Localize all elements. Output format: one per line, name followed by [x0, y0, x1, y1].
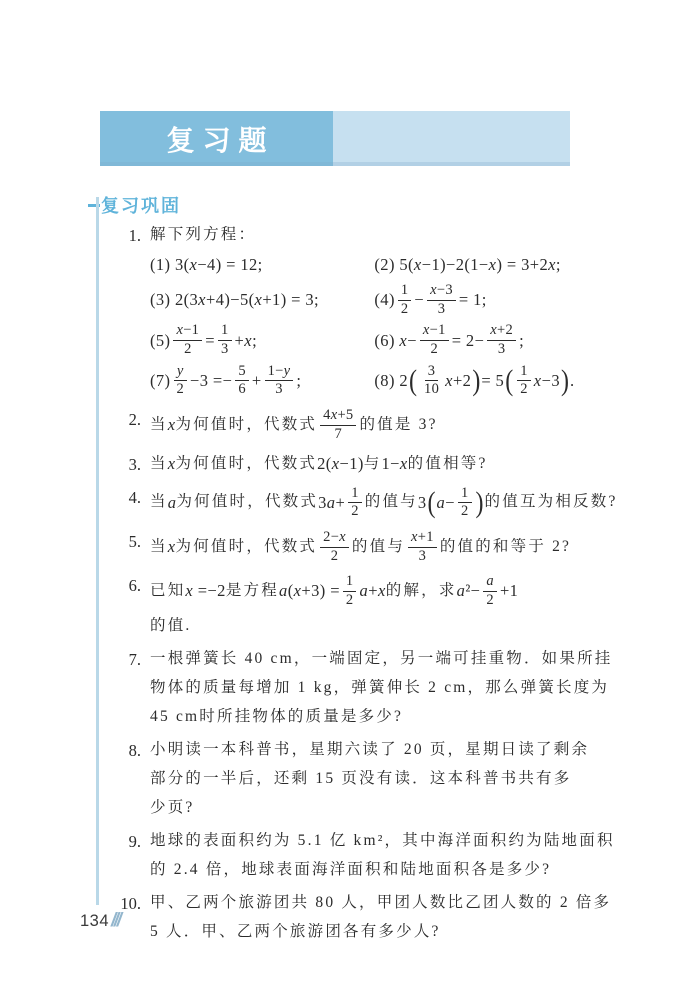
text-run: 部分的一半后，还剩 15 页没有读．这本科普书共有多 [150, 768, 571, 790]
math-run: a [168, 493, 177, 513]
math-run: (1) 3(x−4) = 12; [150, 255, 263, 275]
text-run: 的值与 [365, 491, 418, 513]
text-run: 已知 [150, 580, 185, 602]
problem-item: 7.一根弹簧长 40 cm，一端固定，另一端可挂重物．如果所挂物体的质量每增加 … [114, 645, 608, 732]
problem-line: (8) 2(310x+2) = 5(12x−3). [374, 361, 608, 401]
problem-line: (7) y2−3 =−56+1−y3; [150, 361, 374, 401]
denominator: 2 [348, 503, 362, 521]
text-run: 的值与 [352, 536, 405, 558]
denominator: 2 [428, 341, 442, 359]
fraction: a2 [483, 573, 497, 609]
text-run: 当 [150, 536, 168, 558]
problem-body: 当 a 为何值时，代数式 3a+12 的值与 3(a−12) 的值互为相反数? [150, 483, 608, 523]
problem-body: 当 x 为何值时，代数式 2−x2 的值与x+13 的值的和等于 2? [150, 527, 608, 567]
big-paren: ) [476, 488, 484, 518]
problem-item: 4.当 a 为何值时，代数式 3a+12 的值与 3(a−12) 的值互为相反数… [114, 483, 608, 523]
math-run: a(x+3) = [279, 581, 340, 601]
math-run: = 1; [459, 290, 487, 310]
fraction: 12 [517, 363, 531, 399]
fraction: x+23 [487, 322, 516, 358]
problem-number: 3. [114, 450, 150, 479]
problem-body: 解下列方程：(1) 3(x−4) = 12;(2) 5(x−1)−2(1−x) … [150, 221, 608, 401]
problem-number: 7. [114, 645, 150, 732]
math-run: a+x [359, 581, 385, 601]
textbook-page: 复习题 复习巩固 1.解下列方程：(1) 3(x−4) = 12;(2) 5(x… [0, 0, 700, 983]
text-run: 少页? [150, 797, 194, 819]
big-paren: ) [561, 366, 569, 396]
problem-line: 物体的质量每增加 1 kg，弹簧伸长 2 cm，那么弹簧长度为 [150, 674, 608, 703]
fraction: x−12 [420, 322, 449, 358]
problem-line: (6) x−x−12 = 2−x+23; [374, 320, 608, 360]
text-run: 当 [150, 453, 168, 475]
denominator: 7 [332, 426, 346, 444]
text-run: 为何值时，代数式 [176, 414, 318, 436]
problem-body: 小明读一本科普书，星期六读了 20 页，星期日读了剩余部分的一半后，还剩 15 … [150, 736, 608, 823]
numerator: 1 [458, 485, 472, 504]
math-run: x [168, 415, 176, 435]
numerator: 2−x [320, 529, 349, 548]
numerator: 3 [425, 363, 439, 382]
math-run: (8) 2 [374, 371, 408, 391]
big-paren: ( [409, 366, 417, 396]
fraction: 12 [398, 282, 412, 318]
math-run: 1−x [381, 454, 407, 474]
fraction: y2 [173, 363, 187, 399]
math-run: (4) [374, 290, 394, 310]
problem-body: 地球的表面积约为 5.1 亿 km²，其中海洋面积约为陆地面积的 2.4 倍，地… [150, 827, 608, 885]
text-run: 的值相等? [408, 453, 488, 475]
denominator: 2 [328, 548, 342, 566]
numerator: 1 [398, 282, 412, 301]
problem-item: 6.已知 x =−2 是方程 a(x+3) = 12a+x 的解，求 a²−a2… [114, 571, 608, 640]
fraction: 2−x2 [320, 529, 349, 565]
math-run: (7) [150, 371, 170, 391]
numerator: x−3 [427, 282, 456, 301]
text-run: 的 2.4 倍，地球表面海洋面积和陆地面积各是多少? [150, 859, 551, 881]
problem-line: 地球的表面积约为 5.1 亿 km²，其中海洋面积约为陆地面积 [150, 827, 608, 856]
math-run: ; [296, 371, 301, 391]
problem-number: 9. [114, 827, 150, 885]
math-run: x =−2 [185, 581, 225, 601]
denominator: 3 [416, 548, 430, 566]
text-run: 地球的表面积约为 5.1 亿 km²，其中海洋面积约为陆地面积 [150, 830, 615, 852]
text-run: 的值互为相反数? [485, 491, 618, 513]
problem-item: 9.地球的表面积约为 5.1 亿 km²，其中海洋面积约为陆地面积的 2.4 倍… [114, 827, 608, 885]
fraction: 12 [458, 485, 472, 521]
problem-line: 当 x 为何值时，代数式 2(x−1) 与 1−x 的值相等? [150, 450, 608, 479]
math-run: = [205, 331, 215, 351]
text-run: 5 人．甲、乙两个旅游团各有多少人? [150, 921, 441, 943]
problem-line: 小明读一本科普书，星期六读了 20 页，星期日读了剩余 [150, 736, 608, 765]
fraction: 56 [235, 363, 249, 399]
big-paren: ( [428, 488, 436, 518]
section-heading: 复习巩固 [88, 192, 181, 218]
denominator: 2 [517, 381, 531, 399]
problem-line: 一根弹簧长 40 cm，一端固定，另一端可挂重物．如果所挂 [150, 645, 608, 674]
numerator: 5 [235, 363, 249, 382]
math-run: a²− [457, 581, 481, 601]
problem-line: 当 a 为何值时，代数式 3a+12 的值与 3(a−12) 的值互为相反数? [150, 483, 608, 523]
problem-line: (2) 5(x−1)−2(1−x) = 3+2x; [374, 250, 608, 280]
math-run: ; [519, 331, 524, 351]
math-run: (6) x− [374, 331, 417, 351]
problem-line: 的值. [150, 612, 608, 641]
numerator: x−1 [173, 322, 202, 341]
fraction: 4x+57 [320, 407, 356, 443]
numerator: 1 [517, 363, 531, 382]
text-run: 当 [150, 414, 168, 436]
problem-item: 1.解下列方程：(1) 3(x−4) = 12;(2) 5(x−1)−2(1−x… [114, 221, 608, 401]
problem-line: 当 x 为何值时，代数式 2−x2 的值与x+13 的值的和等于 2? [150, 527, 608, 567]
denominator: 3 [495, 341, 509, 359]
problem-body: 一根弹簧长 40 cm，一端固定，另一端可挂重物．如果所挂物体的质量每增加 1 … [150, 645, 608, 732]
denominator: 2 [181, 341, 195, 359]
fraction: 310 [421, 363, 442, 399]
big-paren: ) [472, 366, 480, 396]
math-run: 2(x−1) [317, 454, 364, 474]
denominator: 2 [343, 592, 357, 610]
banner-light-panel [333, 111, 570, 166]
numerator: x+2 [487, 322, 516, 341]
denominator: 3 [272, 381, 286, 399]
math-run: . [570, 371, 575, 391]
text-run: 45 cm时所挂物体的质量是多少? [150, 706, 403, 728]
denominator: 10 [421, 381, 442, 399]
text-run: 的值的和等于 2? [440, 536, 571, 558]
problem-item: 2.当 x 为何值时，代数式 4x+57 的值是 3? [114, 405, 608, 445]
denominator: 2 [173, 381, 187, 399]
math-run: x [168, 537, 176, 557]
problem-line: (4) 12−x−33 = 1; [374, 280, 608, 320]
math-run: + [252, 371, 262, 391]
problem-line: 已知 x =−2 是方程 a(x+3) = 12a+x 的解，求 a²−a2+1 [150, 571, 608, 611]
problem-number: 10. [114, 889, 150, 947]
numerator: 1 [343, 573, 357, 592]
page-slashes: /// [111, 910, 119, 932]
numerator: x−1 [420, 322, 449, 341]
denominator: 3 [218, 341, 232, 359]
numerator: 1 [348, 485, 362, 504]
math-run: (3) 2(3x+4)−5(x+1) = 3; [150, 290, 319, 310]
text-run: 小明读一本科普书，星期六读了 20 页，星期日读了剩余 [150, 739, 589, 761]
problem-body: 甲、乙两个旅游团共 80 人，甲团人数比乙团人数的 2 倍多5 人．甲、乙两个旅… [150, 889, 608, 947]
denominator: 2 [398, 301, 412, 319]
problem-body: 已知 x =−2 是方程 a(x+3) = 12a+x 的解，求 a²−a2+1… [150, 571, 608, 640]
math-run: a− [437, 493, 455, 513]
math-run: = 5 [481, 371, 504, 391]
numerator: 1 [218, 322, 232, 341]
math-run: − [414, 290, 424, 310]
text-run: 当 [150, 491, 168, 513]
fraction: 13 [218, 322, 232, 358]
text-run: 解下列方程： [150, 224, 256, 246]
section-title: 复习巩固 [101, 192, 181, 218]
math-run: −3 =− [190, 371, 232, 391]
fraction: x−33 [427, 282, 456, 318]
problem-item: 10.甲、乙两个旅游团共 80 人，甲团人数比乙团人数的 2 倍多5 人．甲、乙… [114, 889, 608, 947]
text-run: 为何值时，代数式 [176, 491, 318, 513]
problem-line: 部分的一半后，还剩 15 页没有读．这本科普书共有多 [150, 765, 608, 794]
math-run: (5) [150, 331, 170, 351]
problem-number: 6. [114, 571, 150, 640]
denominator: 6 [235, 381, 249, 399]
problem-line: 的 2.4 倍，地球表面海洋面积和陆地面积各是多少? [150, 856, 608, 885]
problem-item: 8.小明读一本科普书，星期六读了 20 页，星期日读了剩余部分的一半后，还剩 1… [114, 736, 608, 823]
math-run: x−3 [534, 371, 560, 391]
big-paren: ( [505, 366, 513, 396]
problem-line: 少页? [150, 794, 608, 823]
fraction: 12 [348, 485, 362, 521]
denominator: 2 [483, 592, 497, 610]
math-run: x+2 [445, 371, 471, 391]
denominator: 2 [458, 503, 472, 521]
fraction: 12 [343, 573, 357, 609]
chapter-banner: 复习题 [100, 111, 570, 166]
text-run: 一根弹簧长 40 cm，一端固定，另一端可挂重物．如果所挂 [150, 648, 613, 670]
math-run: x [168, 454, 176, 474]
banner-dark-panel: 复习题 [100, 111, 333, 166]
text-run: 甲、乙两个旅游团共 80 人，甲团人数比乙团人数的 2 倍多 [150, 892, 611, 914]
numerator: y [174, 363, 187, 382]
text-run: 为何值时，代数式 [176, 453, 318, 475]
problem-number: 1. [114, 221, 150, 401]
problem-item: 3.当 x 为何值时，代数式 2(x−1) 与 1−x 的值相等? [114, 450, 608, 479]
problem-number: 8. [114, 736, 150, 823]
banner-title: 复习题 [158, 119, 274, 159]
problem-line: 45 cm时所挂物体的质量是多少? [150, 703, 608, 732]
text-run: 与 [364, 453, 382, 475]
problem-line: 5 人．甲、乙两个旅游团各有多少人? [150, 918, 608, 947]
math-run: = 2− [452, 331, 485, 351]
text-run: 是方程 [226, 580, 279, 602]
problem-line: 甲、乙两个旅游团共 80 人，甲团人数比乙团人数的 2 倍多 [150, 889, 608, 918]
page-number: 134 [80, 912, 109, 931]
text-run: 为何值时，代数式 [176, 536, 318, 558]
equation-grid: (1) 3(x−4) = 12;(2) 5(x−1)−2(1−x) = 3+2x… [150, 250, 608, 401]
math-run: 3 [418, 493, 427, 513]
problem-number: 5. [114, 527, 150, 567]
numerator: 1−y [265, 363, 294, 382]
vertical-rule [96, 197, 99, 905]
problem-number: 2. [114, 405, 150, 445]
numerator: x+1 [408, 529, 437, 548]
fraction: 1−y3 [265, 363, 294, 399]
math-run: 3a+ [318, 493, 345, 513]
denominator: 3 [435, 301, 449, 319]
numerator: 4x+5 [320, 407, 356, 426]
fraction: x+13 [408, 529, 437, 565]
problem-line: (3) 2(3x+4)−5(x+1) = 3; [150, 280, 374, 320]
problems-list: 1.解下列方程：(1) 3(x−4) = 12;(2) 5(x−1)−2(1−x… [114, 221, 608, 951]
problem-body: 当 x 为何值时，代数式 4x+57 的值是 3? [150, 405, 608, 445]
numerator: a [483, 573, 497, 592]
text-run: 的值是 3? [359, 414, 437, 436]
math-run: +1 [500, 581, 518, 601]
problem-line: 解下列方程： [150, 221, 608, 250]
problem-line: (1) 3(x−4) = 12; [150, 250, 374, 280]
problem-line: 当 x 为何值时，代数式 4x+57 的值是 3? [150, 405, 608, 445]
math-run: +x; [235, 331, 258, 351]
page-footer: 134 /// [80, 910, 119, 932]
problem-item: 5.当 x 为何值时，代数式 2−x2 的值与x+13 的值的和等于 2? [114, 527, 608, 567]
problem-body: 当 x 为何值时，代数式 2(x−1) 与 1−x 的值相等? [150, 450, 608, 479]
text-run: 物体的质量每增加 1 kg，弹簧伸长 2 cm，那么弹簧长度为 [150, 677, 609, 699]
problem-line: (5) x−12 = 13+x; [150, 320, 374, 360]
problem-number: 4. [114, 483, 150, 523]
fraction: x−12 [173, 322, 202, 358]
text-run: 的值. [150, 615, 191, 637]
text-run: 的解，求 [386, 580, 457, 602]
math-run: (2) 5(x−1)−2(1−x) = 3+2x; [374, 255, 561, 275]
